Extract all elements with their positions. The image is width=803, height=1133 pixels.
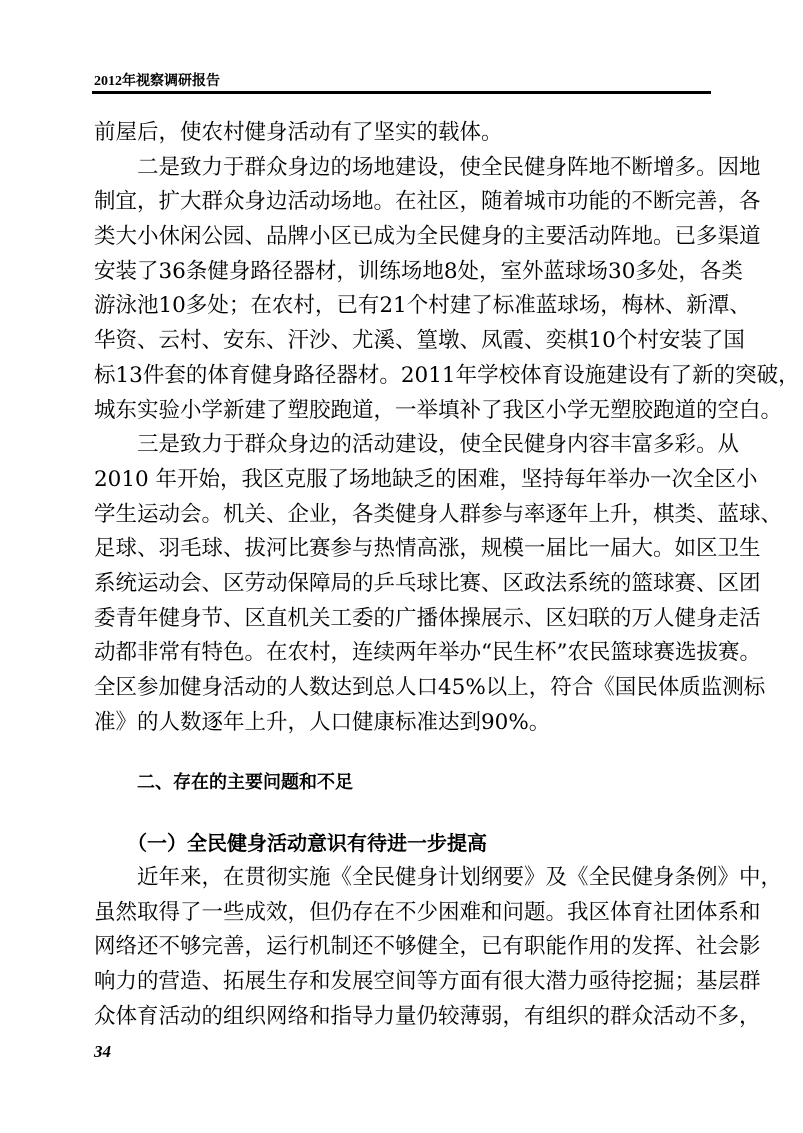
paragraph-line: 二是致力于群众身边的场地建设，使全民健身阵地不断增多。因地 (94, 151, 710, 186)
running-header: 2012年视察调研报告 (94, 70, 220, 90)
paragraph-line: 游泳池10多处；在农村，已有21个村建了标准蓝球场，梅林、新潭、 (94, 289, 710, 324)
paragraph-line: 城东实验小学新建了塑胶跑道，一举填补了我区小学无塑胶跑道的空白。 (94, 394, 710, 429)
paragraph-line: 系统运动会、区劳动保障局的乒乓球比赛、区政法系统的篮球赛、区团 (94, 567, 710, 602)
paragraph-line: 安装了36条健身路径器材，训练场地8处，室外蓝球场30多处，各类 (94, 255, 710, 290)
section-gap (94, 740, 710, 766)
paragraph-line: 学生运动会。机关、企业，各类健身人群参与率逐年上升，棋类、蓝球、 (94, 498, 710, 533)
paragraph-line: 足球、羽毛球、拔河比赛参与热情高涨，规模一届比一届大。如区卫生 (94, 532, 710, 567)
paragraph-line: 三是致力于群众身边的活动建设，使全民健身内容丰富多彩。从 (94, 428, 710, 463)
paragraph-line: 类大小休闲公园、品牌小区已成为全民健身的主要活动阵地。已多渠道 (94, 220, 710, 255)
paragraph-line: 2010 年开始，我区克服了场地缺乏的困难，坚持每年举办一次全区小 (94, 463, 710, 498)
section-heading: 二、存在的主要问题和不足 (94, 766, 710, 800)
paragraph-line: 近年来，在贯彻实施《全民健身计划纲要》及《全民健身条例》中， (94, 861, 710, 896)
sub-heading: （一）全民健身活动意识有待进一步提高 (94, 826, 710, 861)
page-number: 34 (94, 1042, 111, 1062)
section-gap (94, 800, 710, 826)
paragraph-line: 制宜，扩大群众身边活动场地。在社区，随着城市功能的不断完善，各 (94, 185, 710, 220)
body-text: 前屋后，使农村健身活动有了坚实的载体。 二是致力于群众身边的场地建设，使全民健身… (94, 116, 710, 1035)
paragraph-line: 全区参加健身活动的人数达到总人口45%以上，符合《国民体质监测标 (94, 671, 710, 706)
paragraph-continuation-line: 前屋后，使农村健身活动有了坚实的载体。 (94, 116, 710, 151)
paragraph-line: 准》的人数逐年上升，人口健康标准达到90%。 (94, 706, 710, 741)
paragraph-line: 众体育活动的组织网络和指导力量仍较薄弱，有组织的群众活动不多， (94, 1000, 710, 1035)
paragraph-line: 标13件套的体育健身路径器材。2011年学校体育设施建设有了新的突破， (94, 359, 710, 394)
paragraph-line: 华资、云村、安东、汗沙、尤溪、篁墩、凤霞、奕棋10个村安装了国 (94, 324, 710, 359)
paragraph-line: 虽然取得了一些成效，但仍存在不少困难和问题。我区体育社团体系和 (94, 896, 710, 931)
paragraph-line: 委青年健身节、区直机关工委的广播体操展示、区妇联的万人健身走活 (94, 602, 710, 637)
header-rule (92, 91, 711, 94)
paragraph-line: 响力的营造、拓展生存和发展空间等方面有很大潜力亟待挖掘；基层群 (94, 965, 710, 1000)
paragraph-line: 网络还不够完善，运行机制还不够健全，已有职能作用的发挥、社会影 (94, 930, 710, 965)
paragraph-line: 动都非常有特色。在农村，连续两年举办“民生杯”农民篮球赛选拔赛。 (94, 636, 710, 671)
